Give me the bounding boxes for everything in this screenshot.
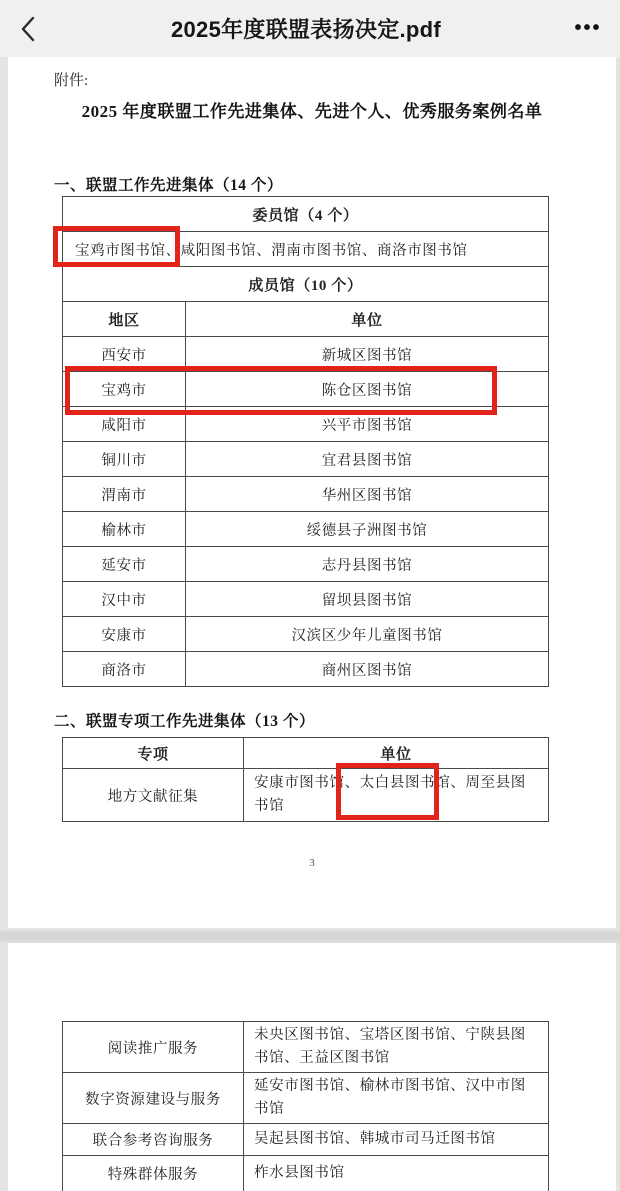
pdf-viewer-screen: 2025年度联盟表扬决定.pdf ••• 附件: 2025 年度联盟工作先进集体… — [0, 0, 620, 1191]
region-cell: 商洛市 — [63, 652, 186, 687]
column-header-unit: 单位 — [186, 302, 549, 337]
section2-heading: 二、联盟专项工作先进集体（13 个） — [54, 709, 315, 731]
unit-cell: 志丹县图书馆 — [186, 547, 549, 582]
pdf-page-4: 阅读推广服务 未央区图书馆、宝塔区图书馆、宁陕县图书馆、王益区图书馆 数字资源建… — [8, 943, 616, 1191]
back-button[interactable] — [0, 0, 56, 57]
category-cell: 数字资源建设与服务 — [63, 1073, 244, 1124]
category-cell: 地方文献征集 — [63, 769, 244, 822]
pdf-page-3: 附件: 2025 年度联盟工作先进集体、先进个人、优秀服务案例名单 一、联盟工作… — [8, 57, 616, 928]
section1-heading: 一、联盟工作先进集体（14 个） — [54, 173, 283, 195]
committee-rest-text: 咸阳图书馆、渭南市图书馆、商洛市图书馆 — [181, 243, 468, 259]
table-row: 联合参考咨询服务 吴起县图书馆、韩城市司马迁图书馆 — [63, 1124, 549, 1156]
table-row: 汉中市留坝县图书馆 — [63, 582, 549, 617]
member-group-header: 成员馆（10 个） — [63, 267, 549, 302]
unit-cell: 吴起县图书馆、韩城市司马迁图书馆 — [244, 1124, 549, 1156]
unit-cell: 绥德县子洲图书馆 — [186, 512, 549, 547]
category-cell: 联合参考咨询服务 — [63, 1124, 244, 1156]
table-row: 地方文献征集 安康市图书馆、太白县图书馆、周至县图书馆 — [63, 769, 549, 822]
highlight-box-chencang-row — [65, 366, 497, 415]
doc-main-title: 2025 年度联盟工作先进集体、先进个人、优秀服务案例名单 — [18, 97, 606, 122]
unit-cell: 柞水县图书馆 — [244, 1156, 549, 1191]
column-header-category: 专项 — [63, 738, 244, 769]
chevron-left-icon — [18, 14, 38, 44]
region-cell: 汉中市 — [63, 582, 186, 617]
page-number: 3 — [8, 857, 616, 869]
region-cell: 渭南市 — [63, 477, 186, 512]
unit-cell: 延安市图书馆、榆林市图书馆、汉中市图书馆 — [244, 1073, 549, 1124]
table-row: 商洛市商州区图书馆 — [63, 652, 549, 687]
region-cell: 安康市 — [63, 617, 186, 652]
table-row: 安康市汉滨区少年儿童图书馆 — [63, 617, 549, 652]
more-menu-button[interactable]: ••• — [556, 0, 620, 57]
app-header: 2025年度联盟表扬决定.pdf ••• — [0, 0, 620, 57]
column-header-region: 地区 — [63, 302, 186, 337]
unit-cell: 留坝县图书馆 — [186, 582, 549, 617]
ellipsis-icon: ••• — [574, 17, 601, 39]
attachment-label: 附件: — [54, 69, 88, 90]
region-cell: 铜川市 — [63, 442, 186, 477]
category-cell: 阅读推广服务 — [63, 1022, 244, 1073]
special-work-table-continued: 阅读推广服务 未央区图书馆、宝塔区图书馆、宁陕县图书馆、王益区图书馆 数字资源建… — [62, 1021, 549, 1191]
region-cell: 延安市 — [63, 547, 186, 582]
table-row: 阅读推广服务 未央区图书馆、宝塔区图书馆、宁陕县图书馆、王益区图书馆 — [63, 1022, 549, 1073]
table-row: 榆林市绥德县子洲图书馆 — [63, 512, 549, 547]
unit-cell: 未央区图书馆、宝塔区图书馆、宁陕县图书馆、王益区图书馆 — [244, 1022, 549, 1073]
unit-cell: 商州区图书馆 — [186, 652, 549, 687]
table-row: 铜川市宜君县图书馆 — [63, 442, 549, 477]
special-work-table: 专项 单位 地方文献征集 安康市图书馆、太白县图书馆、周至县图书馆 — [62, 737, 549, 822]
unit-cell: 汉滨区少年儿童图书馆 — [186, 617, 549, 652]
category-cell: 特殊群体服务 — [63, 1156, 244, 1191]
highlight-box-baoji-library — [53, 226, 180, 267]
page-separator — [0, 928, 620, 943]
region-cell: 榆林市 — [63, 512, 186, 547]
highlight-box-taibai-library — [336, 763, 439, 820]
unit-cell: 宜君县图书馆 — [186, 442, 549, 477]
unit-cell: 华州区图书馆 — [186, 477, 549, 512]
table-row: 延安市志丹县图书馆 — [63, 547, 549, 582]
advanced-collectives-table: 委员馆（4 个） 宝鸡市图书馆、咸阳图书馆、渭南市图书馆、商洛市图书馆 成员馆（… — [62, 196, 549, 687]
table-row: 渭南市华州区图书馆 — [63, 477, 549, 512]
table-row: 数字资源建设与服务 延安市图书馆、榆林市图书馆、汉中市图书馆 — [63, 1073, 549, 1124]
document-title: 2025年度联盟表扬决定.pdf — [56, 13, 556, 44]
table-row: 特殊群体服务 柞水县图书馆 — [63, 1156, 549, 1191]
